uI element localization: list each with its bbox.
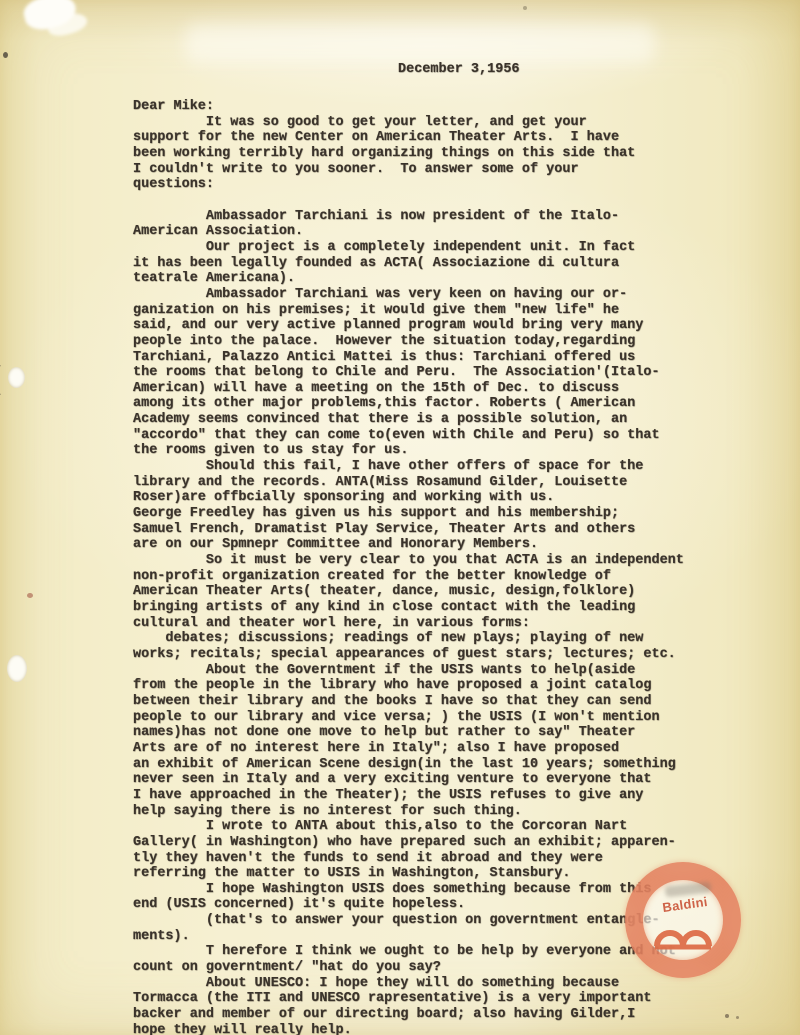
ink-speck [725,1014,729,1018]
ink-speck [3,52,8,58]
paper-damage-spot [21,0,79,34]
pen-mark [0,359,18,401]
punch-hole [7,655,27,682]
letterhead-ghost [185,24,655,64]
ink-speck [523,6,527,10]
letter-page: December 3,1956 Dear Mike: It was so goo… [0,0,800,1035]
letter-body: Dear Mike: It was so good to get your le… [133,99,684,1035]
ink-speck [27,593,33,598]
ink-speck [736,1016,739,1019]
letter-date: December 3,1956 [398,62,520,78]
